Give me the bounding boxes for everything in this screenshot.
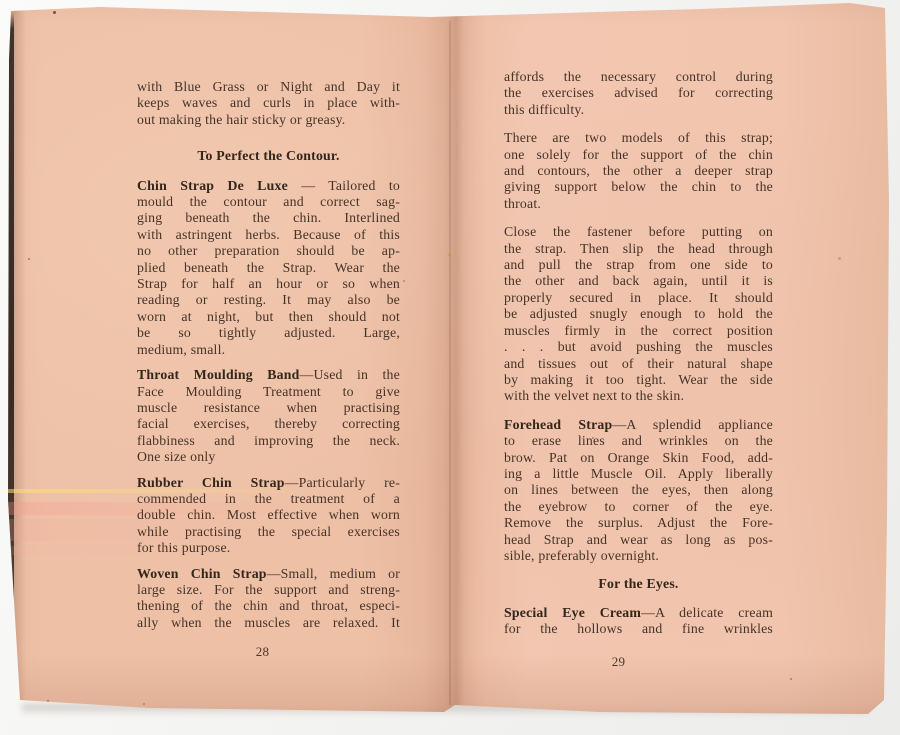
text-line: muscle resistance when practising [137,400,400,416]
text-line: commended in the treatment of a [137,491,400,507]
product-name: Special Eye Cream [504,605,641,620]
section-heading-contour: To Perfect the Contour. [137,148,400,164]
text-line: the exercises advised for correcting [504,85,773,101]
text-line: Remove the surplus. Adjust the Fore- [504,515,773,531]
right-page: affords the necessary control duringthe … [504,69,773,670]
cover-edge-shadow [14,8,26,702]
text-line: Special Eye Cream—A delicate cream [504,605,773,621]
text-line: facial exercises, thereby correcting [137,416,400,432]
text-line: be adjusted snugly enough to hold the [504,306,773,322]
text-line: with Blue Grass or Night and Day it [137,79,400,95]
paragraph-intro: with Blue Grass or Night and Day itkeeps… [137,79,400,128]
text-line: worn at night, but then should not [137,309,400,325]
product-name: Throat Moulding Band [137,367,299,382]
text-line-rest: —A splendid appliance [612,417,773,432]
text-line: by making it too tight. Wear the side [504,372,773,388]
open-booklet: with Blue Grass or Night and Day itkeeps… [8,3,890,718]
text-line: the strap. Then slip the head through [504,241,773,257]
text-line: Chin Strap De Luxe — Tailored to [137,178,400,194]
text-line: Face Moulding Treatment to give [137,384,400,400]
text-line: affords the necessary control during [504,69,773,85]
text-line: on lines between the eyes, then along [504,482,773,498]
center-gutter-shadow [423,3,487,718]
text-line: head Strap and wear as long as pos- [504,532,773,548]
text-line: to erase lines and wrinkles on the [504,433,773,449]
text-line: while practising the special exercises [137,524,400,540]
text-line: the other and back again, until it is [504,273,773,289]
text-line: the eyebrow to corner of the eye. [504,499,773,515]
text-line: keeps waves and curls in place with- [137,95,400,111]
product-name: Chin Strap De Luxe [137,178,288,193]
text-line-rest: —Small, medium or [267,566,400,581]
gutter-crease-line [449,21,451,705]
text-line: be so tightly adjusted. Large, [137,325,400,341]
section-heading-eyes: For the Eyes. [504,576,773,592]
text-line: and contours, the other a deeper strap [504,163,773,179]
product-name: Forehead Strap [504,417,612,432]
text-line: and tissues out of their natural shape [504,356,773,372]
paper-speck [790,678,792,680]
text-line: ging beneath the chin. Interlined [137,210,400,226]
text-line: double chin. Most effective when worn [137,507,400,523]
text-line: throat. [504,196,773,212]
text-line: for this purpose. [137,540,400,556]
text-line: There are two models of this strap; [504,130,773,146]
text-line: Strap for half an hour or so when [137,276,400,292]
text-line: Rubber Chin Strap—Particularly re- [137,475,400,491]
text-line: mould the contour and correct sag- [137,194,400,210]
left-page: with Blue Grass or Night and Day itkeeps… [137,79,400,661]
text-line: ing a little Muscle Oil. Apply liberally [504,466,773,482]
text-line: out making the hair sticky or greasy. [137,112,400,128]
paragraph-chin-strap-de-luxe: Chin Strap De Luxe — Tailored tomould th… [137,178,400,358]
text-line: with the velvet next to the skin. [504,388,773,404]
text-line: Woven Chin Strap—Small, medium or [137,566,400,582]
text-line: Throat Moulding Band—Used in the [137,367,400,383]
text-line: sible, preferably overnight. [504,548,773,564]
text-line: reading or resting. It may also be [137,292,400,308]
page-number-right: 29 [484,654,753,670]
text-line-rest: —Particularly re- [285,475,400,490]
paragraph-forehead-strap: Forehead Strap—A splendid applianceto er… [504,417,773,565]
paper-speck [838,257,841,260]
text-line: medium, small. [137,342,400,358]
text-line: properly secured in place. It should [504,290,773,306]
text-line: thening of the chin and throat, especi- [137,598,400,614]
paragraph-rubber-chin-strap: Rubber Chin Strap—Particularly re-commen… [137,475,400,557]
text-line: with astringent herbs. Because of this [137,227,400,243]
text-line: ally when the muscles are relaxed. It [137,615,400,631]
text-line: One size only [137,449,400,465]
text-line: Close the fastener before putting on [504,224,773,240]
product-name: Woven Chin Strap [137,566,267,581]
paragraph-two-models: There are two models of this strap;one s… [504,130,773,212]
text-line-rest: —A delicate cream [641,605,773,620]
text-line: plied beneath the Strap. Wear the [137,260,400,276]
text-line: muscles firmly in the correct position [504,323,773,339]
text-line: no other preparation should be ap- [137,243,400,259]
paper-speck [448,253,451,256]
paragraph-special-eye-cream: Special Eye Cream—A delicate creamfor th… [504,605,773,638]
paper-speck [53,11,56,14]
text-line: brow. Pat on Orange Skin Food, add- [504,450,773,466]
paragraph-affords: affords the necessary control duringthe … [504,69,773,118]
paper-speck [28,258,30,260]
text-line: Forehead Strap—A splendid appliance [504,417,773,433]
text-line: for the hollows and fine wrinkles [504,621,773,637]
text-line: flabbiness and improving the neck. [137,433,400,449]
product-name: Rubber Chin Strap [137,475,285,490]
paragraph-fastener: Close the fastener before putting onthe … [504,224,773,404]
text-line: one solely for the support of the chin [504,147,773,163]
text-line: this difficulty. [504,102,773,118]
text-line: large size. For the support and streng- [137,582,400,598]
paper-speck [143,703,145,705]
text-line-rest: — Tailored to [288,178,400,193]
text-line: and pull the strap from one side to [504,257,773,273]
paragraph-throat-moulding-band: Throat Moulding Band—Used in theFace Mou… [137,367,400,465]
paragraph-woven-chin-strap: Woven Chin Strap—Small, medium orlarge s… [137,566,400,632]
page-number-left: 28 [131,644,394,660]
text-line: giving support below the chin to the [504,179,773,195]
paper-speck [403,280,405,282]
paper-speck [47,700,49,702]
text-line-rest: —Used in the [299,367,400,382]
text-line: . . . but avoid pushing the muscles [504,339,773,355]
